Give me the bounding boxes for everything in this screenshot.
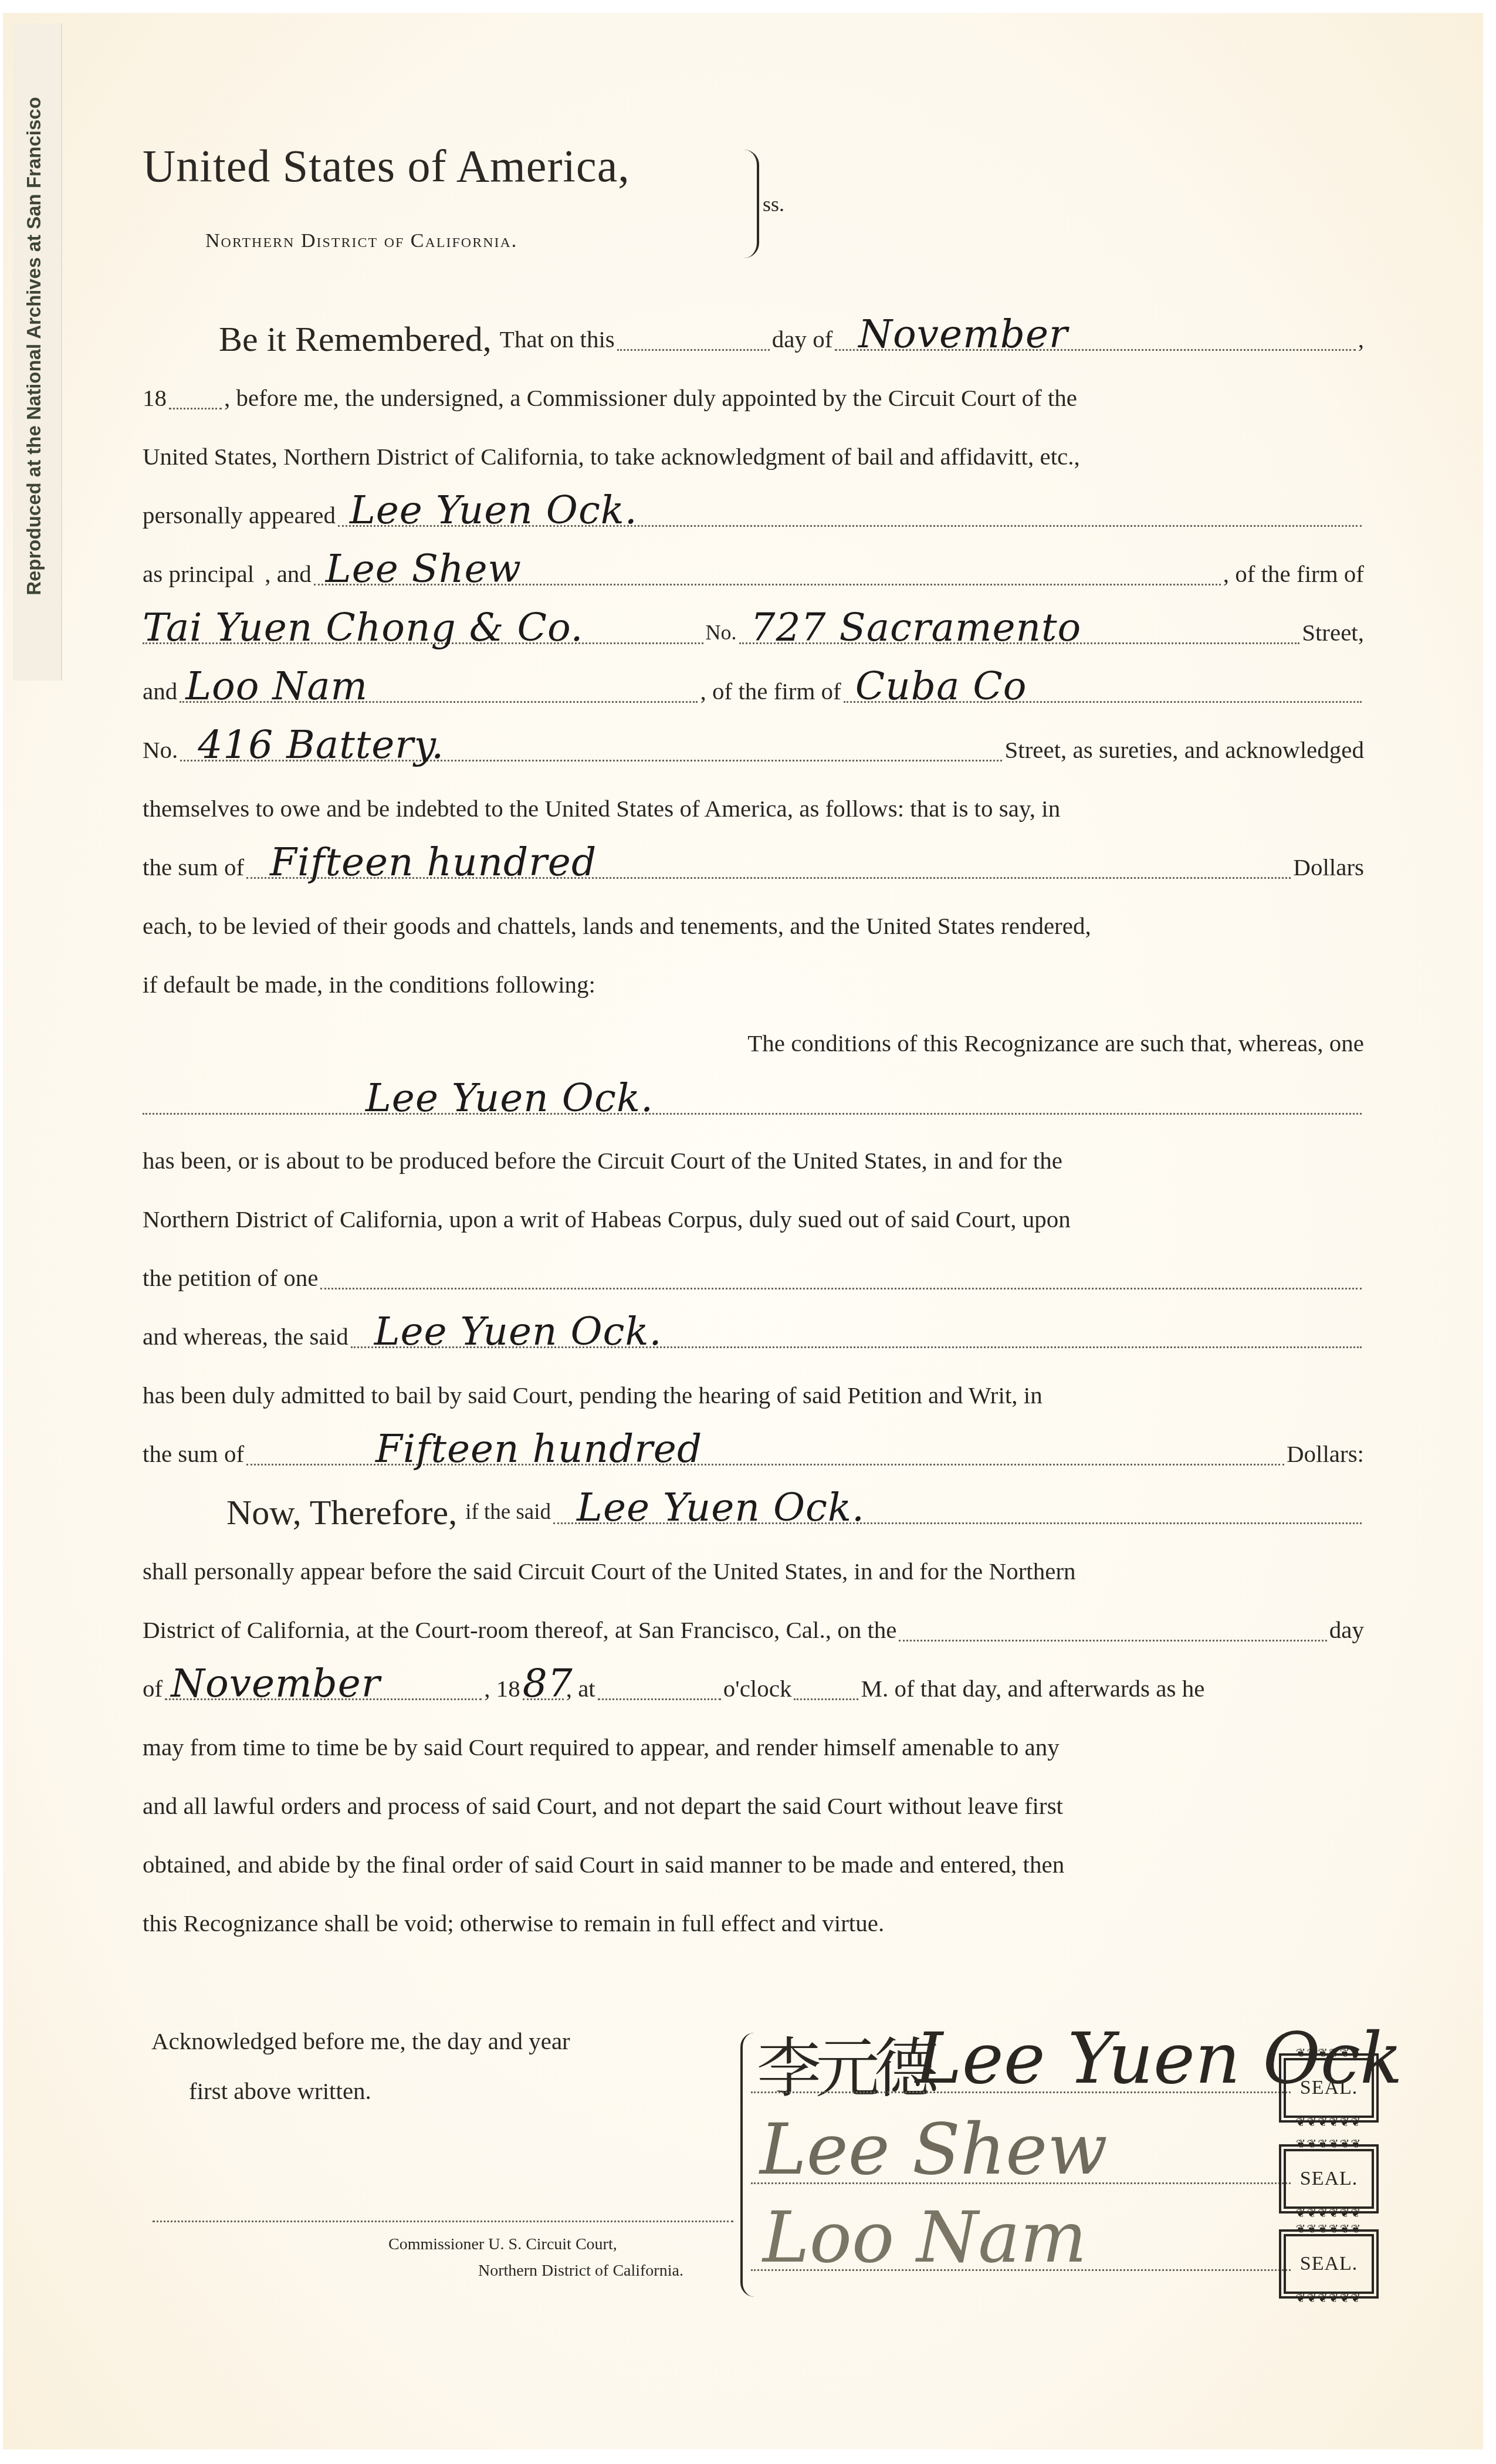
lead-now-therefore: Now, Therefore, bbox=[226, 1495, 457, 1530]
bail-amount-2-field[interactable]: Fifteen hundred bbox=[246, 1438, 1284, 1465]
text: The conditions of this Recognizance are … bbox=[747, 1025, 1364, 1061]
venue-abbrev: ss. bbox=[763, 192, 784, 216]
para1-line5: as principal , and Lee Shew , of the fir… bbox=[143, 556, 1364, 591]
text: the sum of bbox=[143, 849, 244, 885]
firm2-handwritten: Cuba Co bbox=[855, 667, 1027, 706]
text: M. of that day, and afterwards as he bbox=[861, 1671, 1204, 1706]
text: day bbox=[1329, 1612, 1364, 1647]
text: each, to be levied of their goods and ch… bbox=[143, 908, 1091, 943]
signature-line-2[interactable] bbox=[751, 2182, 1291, 2184]
signature-surety-2: Loo Nam bbox=[763, 2197, 1087, 2279]
text: if the said bbox=[465, 1495, 551, 1530]
appearance-month-field[interactable]: November bbox=[165, 1673, 482, 1700]
surety1-field[interactable]: Lee Shew bbox=[314, 558, 1221, 585]
appearing-name-handwritten: Lee Yuen Ock. bbox=[577, 1488, 865, 1527]
text: and all lawful orders and process of sai… bbox=[143, 1788, 1063, 1823]
detainee-handwritten: Lee Yuen Ock. bbox=[365, 1079, 654, 1118]
text: has been duly admitted to bail by said C… bbox=[143, 1377, 1043, 1413]
document-title: United States of America, bbox=[143, 140, 630, 192]
para1-line9: themselves to owe and be indebted to the… bbox=[143, 791, 1364, 826]
appearance-month-handwritten: November bbox=[171, 1664, 380, 1703]
signature-brace bbox=[740, 2033, 754, 2297]
firm1-handwritten: Tai Yuen Chong & Co. bbox=[143, 608, 583, 647]
address1-handwritten: 727 Sacramento bbox=[751, 608, 1082, 647]
conditions-line8: the sum of Fifteen hundred Dollars: bbox=[143, 1436, 1364, 1471]
therefore-line5: may from time to time be by said Court r… bbox=[143, 1729, 1364, 1765]
para1-line6: Tai Yuen Chong & Co. No. 727 Sacramento … bbox=[143, 615, 1364, 650]
bail-amount-field[interactable]: Fifteen hundred bbox=[246, 851, 1291, 879]
surety1-handwritten: Lee Shew bbox=[326, 550, 522, 588]
said-name-field[interactable]: Lee Yuen Ock. bbox=[351, 1321, 1362, 1348]
appearing-name-field[interactable]: Lee Yuen Ock. bbox=[553, 1497, 1362, 1524]
conditions-line3: has been, or is about to be produced bef… bbox=[143, 1143, 1364, 1178]
lead-be-it-remembered: Be it Remembered, bbox=[219, 321, 492, 357]
text: Dollars bbox=[1293, 849, 1364, 885]
said-name-handwritten: Lee Yuen Ock. bbox=[374, 1312, 662, 1351]
commissioner-title-line2: Northern District of California. bbox=[478, 2262, 683, 2280]
therefore-line4: of November , 18 87 , at o'clock M. of t… bbox=[143, 1671, 1364, 1706]
firm1-field[interactable]: Tai Yuen Chong & Co. bbox=[143, 617, 703, 644]
text: themselves to owe and be indebted to the… bbox=[143, 791, 1060, 826]
month-field[interactable]: November bbox=[835, 323, 1355, 351]
para1-line7: and Loo Nam , of the firm of Cuba Co bbox=[143, 673, 1364, 709]
text: , 18 bbox=[484, 1671, 520, 1706]
text: day of bbox=[772, 321, 833, 357]
archive-label: Reproduced at the National Archives at S… bbox=[16, 29, 52, 663]
text: may from time to time be by said Court r… bbox=[143, 1729, 1060, 1765]
firm2-field[interactable]: Cuba Co bbox=[844, 675, 1362, 703]
seal-1: SEAL. bbox=[1279, 2053, 1379, 2123]
text: , bbox=[1358, 321, 1364, 357]
text: personally appeared bbox=[143, 497, 336, 533]
appearance-day-field[interactable] bbox=[899, 1614, 1326, 1641]
therefore-line8: this Recognizance shall be void; otherwi… bbox=[143, 1905, 1364, 1941]
text: the petition of one bbox=[143, 1260, 318, 1295]
text: this Recognizance shall be void; otherwi… bbox=[143, 1905, 884, 1941]
text: No. bbox=[706, 615, 737, 650]
principal-field[interactable]: Lee Yuen Ock. bbox=[338, 499, 1362, 527]
address2-field[interactable]: 416 Battery. bbox=[180, 734, 1002, 761]
ack-line1: Acknowledged before me, the day and year bbox=[151, 2027, 570, 2055]
text: Street, as sureties, and acknowledged bbox=[1004, 732, 1364, 767]
day-field[interactable] bbox=[617, 323, 770, 351]
surety2-handwritten: Loo Nam bbox=[185, 667, 368, 706]
signature-line-1[interactable] bbox=[751, 2091, 1291, 2093]
therefore-line6: and all lawful orders and process of sai… bbox=[143, 1788, 1364, 1823]
text: District of California, at the Court-roo… bbox=[143, 1612, 896, 1647]
bail-amount-handwritten: Fifteen hundred bbox=[270, 843, 597, 882]
therefore-line1: Now, Therefore, if the said Lee Yuen Ock… bbox=[143, 1495, 1364, 1530]
para1-line3: United States, Northern District of Cali… bbox=[143, 439, 1364, 474]
text: o'clock bbox=[723, 1671, 792, 1706]
commissioner-title-line1: Commissioner U. S. Circuit Court, bbox=[388, 2235, 617, 2254]
address1-field[interactable]: 727 Sacramento bbox=[739, 617, 1300, 644]
seal-3: SEAL. bbox=[1279, 2229, 1379, 2299]
text: shall personally appear before the said … bbox=[143, 1553, 1076, 1589]
surety2-field[interactable]: Loo Nam bbox=[180, 675, 698, 703]
para1-line11: each, to be levied of their goods and ch… bbox=[143, 908, 1364, 943]
hour-field[interactable] bbox=[598, 1673, 721, 1700]
conditions-line6: and whereas, the said Lee Yuen Ock. bbox=[143, 1319, 1364, 1354]
text: of bbox=[143, 1671, 163, 1706]
text: United States, Northern District of Cali… bbox=[143, 439, 1080, 474]
detainee-field[interactable]: Lee Yuen Ock. bbox=[143, 1087, 1362, 1115]
para1-line2: 18 , before me, the undersigned, a Commi… bbox=[143, 380, 1364, 415]
bail-amount-2-handwritten: Fifteen hundred bbox=[375, 1430, 702, 1468]
text: , of the firm of bbox=[1223, 556, 1364, 591]
conditions-line2: Lee Yuen Ock. bbox=[143, 1085, 1364, 1121]
address2-handwritten: 416 Battery. bbox=[198, 726, 444, 764]
appearance-year-handwritten: 87 bbox=[523, 1664, 573, 1703]
para1-line10: the sum of Fifteen hundred Dollars bbox=[143, 849, 1364, 885]
text: That on this bbox=[500, 321, 615, 357]
conditions-line7: has been duly admitted to bail by said C… bbox=[143, 1377, 1364, 1413]
text: obtained, and abide by the final order o… bbox=[143, 1847, 1064, 1882]
text: as principal bbox=[143, 556, 254, 591]
text: has been, or is about to be produced bef… bbox=[143, 1143, 1062, 1178]
venue-brace bbox=[744, 150, 759, 258]
commissioner-signature-field[interactable] bbox=[153, 2221, 733, 2222]
text: Dollars: bbox=[1287, 1436, 1364, 1471]
meridiem-field[interactable] bbox=[794, 1673, 858, 1700]
signature-surety-1: Lee Shew bbox=[760, 2109, 1108, 2191]
text: , and bbox=[265, 556, 312, 591]
text: , of the firm of bbox=[700, 673, 841, 709]
principal-handwritten: Lee Yuen Ock. bbox=[350, 491, 638, 530]
signature-chinese-name: 李元德 bbox=[757, 2017, 933, 2110]
text: Northern District of California, upon a … bbox=[143, 1201, 1071, 1237]
month-handwritten: November bbox=[858, 315, 1068, 354]
year-prefix: 18 bbox=[143, 380, 167, 415]
conditions-line1: The conditions of this Recognizance are … bbox=[143, 1025, 1364, 1061]
therefore-line2: shall personally appear before the said … bbox=[143, 1553, 1364, 1589]
ack-line2: first above written. bbox=[189, 2077, 371, 2105]
district-heading: Northern District of California. bbox=[205, 230, 517, 252]
para1-line8: No. 416 Battery. Street, as sureties, an… bbox=[143, 732, 1364, 767]
text: , before me, the undersigned, a Commissi… bbox=[224, 380, 1077, 415]
therefore-line3: District of California, at the Court-roo… bbox=[143, 1612, 1364, 1647]
para1-line12: if default be made, in the conditions fo… bbox=[143, 967, 1364, 1002]
para1-line1: Be it Remembered, That on this day of No… bbox=[143, 321, 1364, 357]
year-field[interactable] bbox=[169, 382, 222, 409]
text: and bbox=[143, 673, 177, 709]
para1-line4: personally appeared Lee Yuen Ock. bbox=[143, 497, 1364, 533]
text: the sum of bbox=[143, 1436, 244, 1471]
therefore-line7: obtained, and abide by the final order o… bbox=[143, 1847, 1364, 1882]
signature-line-3[interactable] bbox=[751, 2269, 1291, 2271]
petitioner-field[interactable] bbox=[320, 1262, 1362, 1289]
conditions-line5: the petition of one bbox=[143, 1260, 1364, 1295]
text: Street, bbox=[1302, 615, 1364, 650]
conditions-line4: Northern District of California, upon a … bbox=[143, 1201, 1364, 1237]
text: and whereas, the said bbox=[143, 1319, 348, 1354]
seal-2: SEAL. bbox=[1279, 2144, 1379, 2213]
text: if default be made, in the conditions fo… bbox=[143, 967, 595, 1002]
text: No. bbox=[143, 732, 178, 767]
appearance-year-field[interactable]: 87 bbox=[523, 1673, 564, 1700]
